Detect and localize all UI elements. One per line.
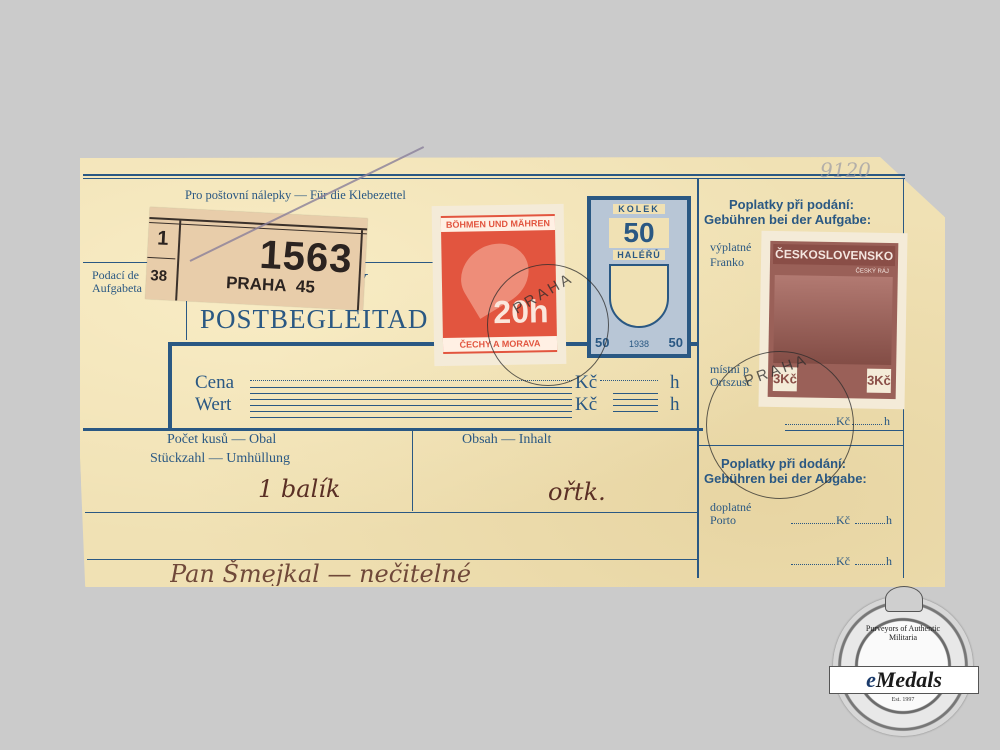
postmark-1-text: PRAHA: [510, 269, 576, 317]
pencil-note: 9120: [820, 158, 871, 182]
wert-label: Wert: [195, 394, 231, 416]
franking-label-cs: výplatné: [710, 240, 751, 255]
cena-h: h: [670, 372, 680, 394]
contents-label: Obsah — Inhalt: [462, 432, 551, 448]
value-box-left: [168, 342, 172, 430]
dispatch-fees-title-cs: Poplatky při podání:: [729, 197, 854, 212]
title-de: POSTBEGLEITAD: [200, 304, 428, 335]
kolek-title: KOLEK: [613, 204, 665, 214]
stickers-label: Pro poštovní nálepky — Für die Klebezett…: [185, 188, 406, 203]
h-rule-1: [613, 393, 658, 394]
postage-due-dotted: [791, 523, 835, 524]
aufgabe-date-label-de: Aufgabeta: [92, 281, 142, 296]
h-rule-2: [613, 399, 658, 400]
total-h: h: [886, 554, 892, 569]
brand-name: Medals: [876, 667, 942, 692]
count-label-de: Stückzahl — Umhüllung: [150, 451, 290, 467]
watermark-arc-text: Purveyors of Authentic Militaria: [853, 624, 953, 642]
row-rule-1: [85, 512, 698, 513]
count-handwritten: 1 balík: [258, 475, 340, 503]
bottom-handwritten-line: Pan Šmejkal — nečitelné: [170, 560, 471, 586]
amount-rule-4: [250, 405, 572, 406]
label-top-number: 1: [157, 227, 169, 251]
kolek-corner-right: 50: [669, 335, 683, 350]
watermark-brand: eMedals: [829, 666, 979, 694]
local-fee-h: h: [884, 414, 890, 429]
crown-icon: [885, 586, 923, 612]
postmark-2-text: PRAHA: [742, 351, 810, 390]
local-fee-h-dotted: [852, 424, 882, 425]
wert-kc: Kč: [575, 394, 597, 416]
office-name: PRAHA: [226, 273, 287, 295]
total-h-dotted: [855, 564, 885, 565]
amount-rule-6: [250, 417, 572, 418]
postmark-praha-2: PRAHA: [706, 351, 854, 499]
total-kc: Kč: [836, 554, 850, 569]
contents-divider: [412, 431, 413, 511]
total-dotted: [791, 564, 835, 565]
dispatch-fees-title-de: Gebühren bei der Aufgabe:: [704, 212, 871, 227]
wert-h: h: [670, 394, 680, 416]
emedals-watermark: Purveyors of Authentic Militaria eMedals…: [833, 596, 973, 736]
cena-h-dotted-line: [600, 380, 658, 381]
kolek-unit: HALÉŘŮ: [613, 250, 665, 260]
stamp-brown-value-right: 3Kč: [867, 369, 891, 393]
registration-label: 1 38 1563 PRAHA 45: [145, 207, 368, 310]
postmark-praha-1: PRAHA: [487, 264, 609, 386]
stamp-red-top-text: BÖHMEN UND MÄHREN: [441, 216, 555, 232]
right-column-left-rule: [697, 178, 699, 578]
h-rule-4: [613, 411, 658, 412]
label-divider: [175, 221, 181, 301]
amount-rule-3: [250, 399, 572, 400]
contents-handwritten: ořtk.: [548, 478, 606, 506]
stamp-brown-subtitle: ČESKÝ RÁJ: [855, 268, 888, 275]
post-office: PRAHA 45: [226, 273, 316, 298]
kolek-value: 50: [609, 218, 669, 248]
postage-due-kc: Kč: [836, 513, 850, 528]
brand-prefix: e: [866, 667, 876, 692]
label-bottom-number: 38: [150, 267, 168, 285]
amount-rule-2: [250, 393, 572, 394]
label-mid-rule: [147, 257, 175, 259]
top-border-rule: [83, 174, 905, 176]
top-border-rule-inner: [83, 178, 905, 179]
franking-label-de: Franko: [710, 255, 744, 270]
amount-rule-5: [250, 411, 572, 412]
postage-due-label-de: Porto: [710, 513, 736, 528]
h-rule-3: [613, 405, 658, 406]
postage-due-h-dotted: [855, 523, 885, 524]
amount-rule-1: [250, 387, 572, 388]
count-label-cs: Počet kusů — Obal: [167, 432, 276, 448]
stamp-brown-top-text: ČESKOSLOVENSKO: [773, 244, 895, 266]
value-box-bottom: [83, 428, 703, 431]
cena-label: Cena: [195, 372, 234, 394]
lion-shield-icon: [609, 264, 669, 328]
office-number: 45: [295, 277, 315, 297]
watermark-est: Est. 1997: [833, 697, 973, 703]
label-right-rule: [357, 230, 363, 310]
postage-due-h: h: [886, 513, 892, 528]
